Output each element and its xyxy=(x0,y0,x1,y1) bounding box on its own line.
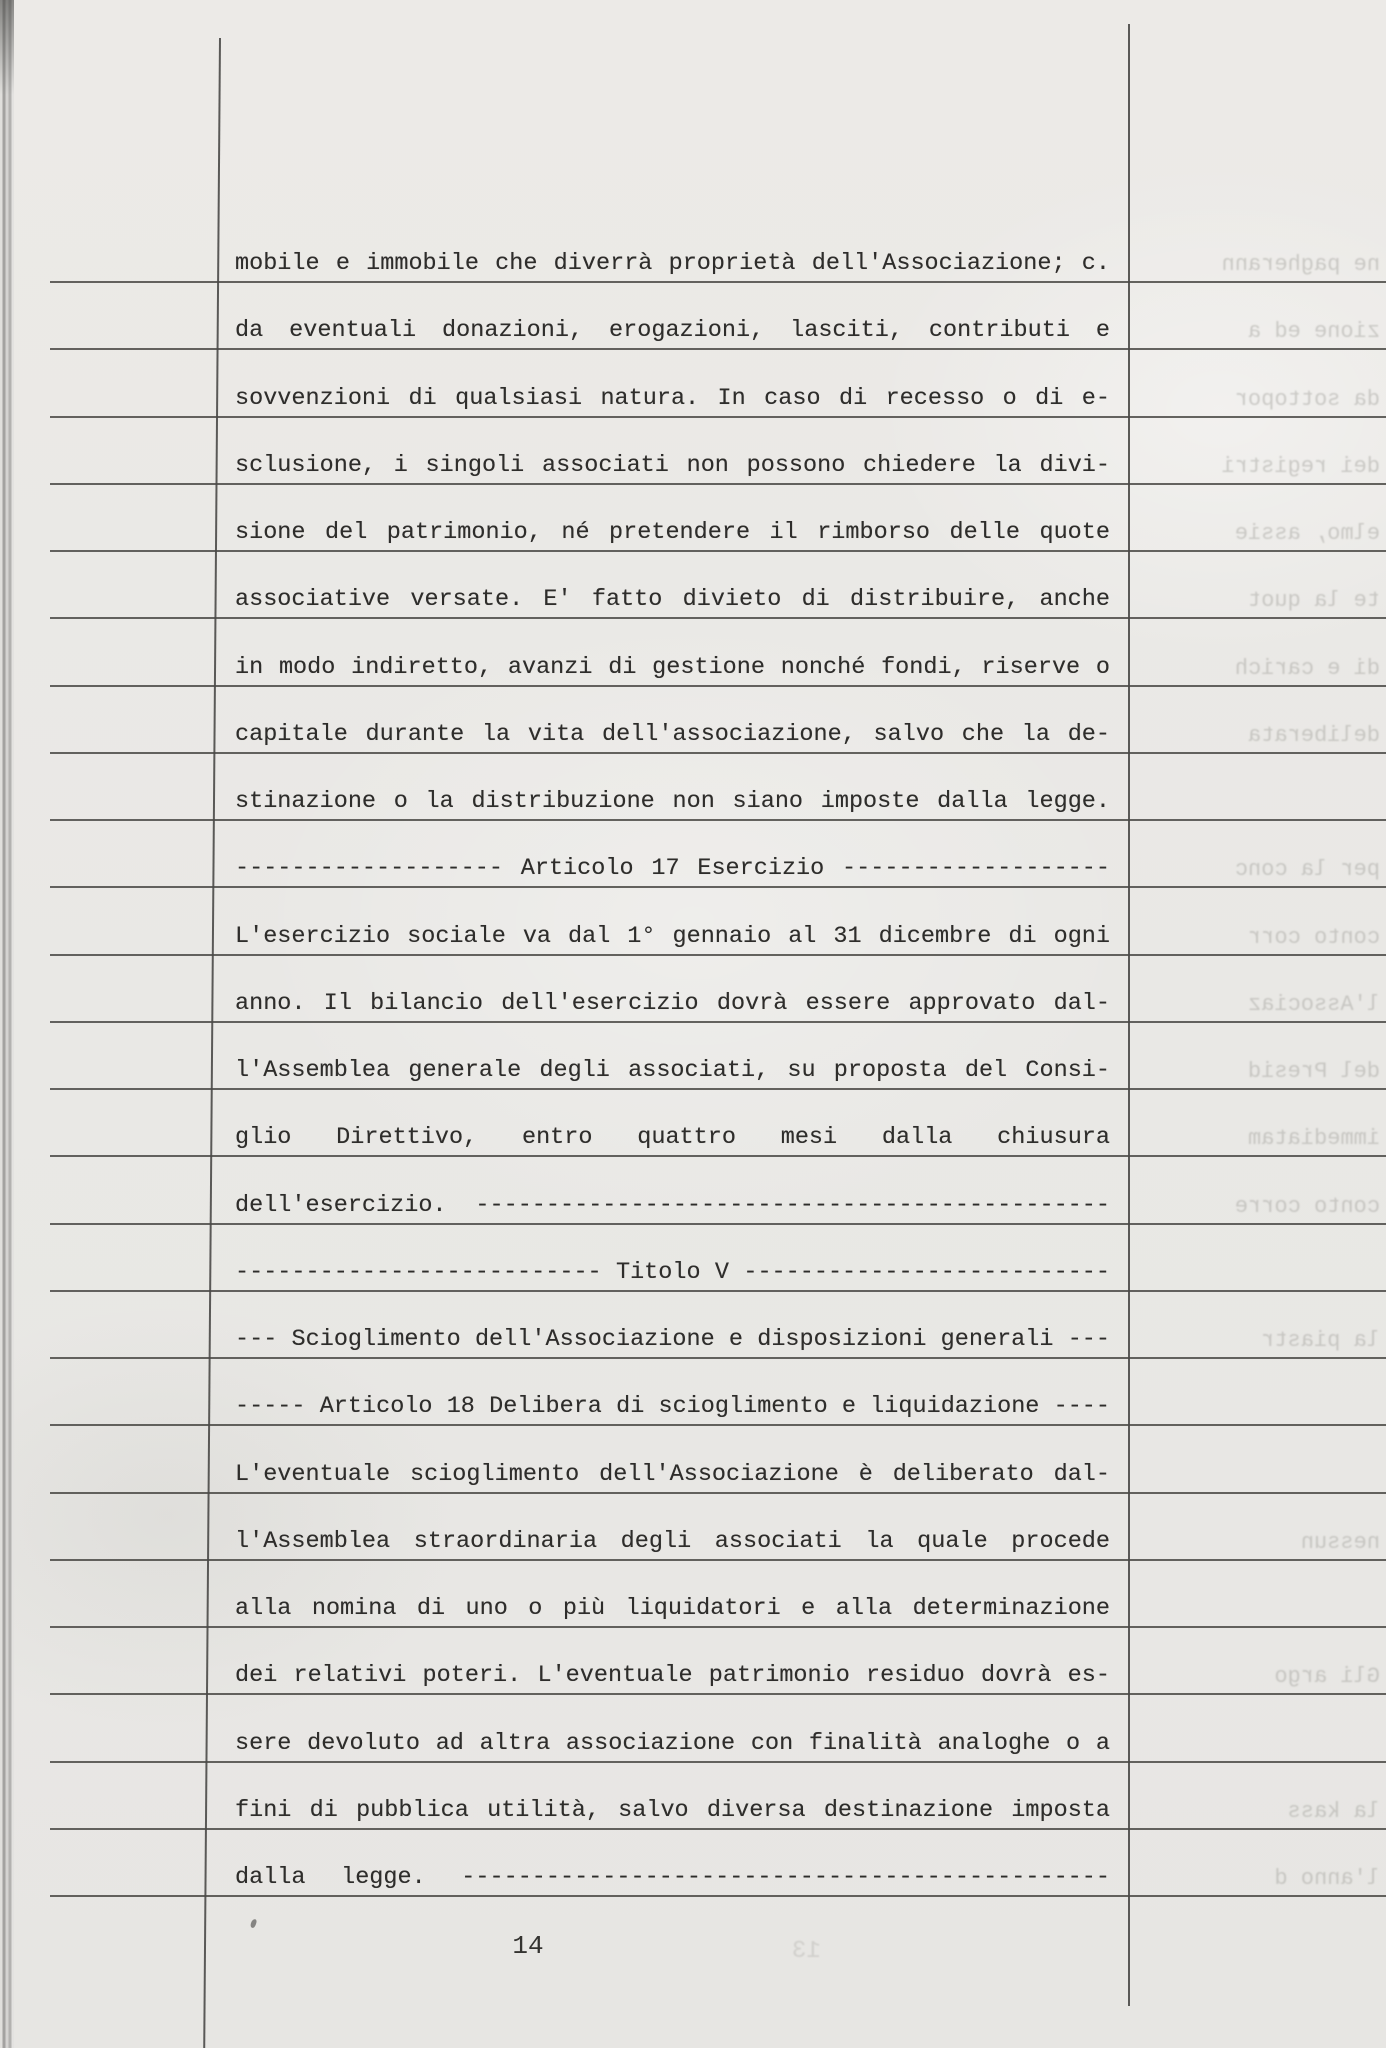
showthrough-text: del Presid xyxy=(1142,1058,1380,1086)
ruled-line xyxy=(50,1290,1386,1292)
showthrough-text: ne pagherann xyxy=(1142,251,1380,279)
ruled-line xyxy=(50,886,1386,888)
text-line: glio Direttivo, entro quattro mesi dalla… xyxy=(235,1123,1110,1153)
showthrough-text: conto corr xyxy=(1142,924,1380,952)
text-line: capitale durante la vita dell'associazio… xyxy=(235,720,1110,750)
ruled-line xyxy=(50,1021,1386,1023)
ruled-line xyxy=(50,550,1386,552)
showthrough-text: dei registri xyxy=(1142,453,1380,481)
text-line: alla nomina di uno o più liquidatori e a… xyxy=(235,1594,1110,1624)
showthrough-text: la piastr xyxy=(1142,1327,1380,1355)
ruled-line xyxy=(50,1761,1386,1763)
text-line: sere devoluto ad altra associazione con … xyxy=(235,1729,1110,1759)
text-line: L'esercizio sociale va dal 1° gennaio al… xyxy=(235,922,1110,952)
text-line: l'Assemblea straordinaria degli associat… xyxy=(235,1527,1110,1557)
text-line: sovvenzioni di qualsiasi natura. In caso… xyxy=(235,384,1110,414)
text-line: in modo indiretto, avanzi di gestione no… xyxy=(235,653,1110,683)
text-line: associative versate. E' fatto divieto di… xyxy=(235,585,1110,615)
showthrough-text: da sottopor xyxy=(1142,386,1380,414)
ruled-line xyxy=(50,1424,1386,1426)
ruled-line xyxy=(50,819,1386,821)
text-line: mobile e immobile che diverrà proprietà … xyxy=(235,249,1110,279)
showthrough-page-number: 13 xyxy=(792,1938,821,1966)
ruled-line xyxy=(50,1828,1386,1830)
text-line: L'eventuale scioglimento dell'Associazio… xyxy=(235,1460,1110,1490)
showthrough-text: te la quot xyxy=(1142,587,1380,615)
showthrough-text: conto corre xyxy=(1142,1193,1380,1221)
ruled-line xyxy=(50,1559,1386,1561)
ruled-line xyxy=(50,685,1386,687)
text-line: l'Assemblea generale degli associati, su… xyxy=(235,1056,1110,1086)
text-line: sione del patrimonio, né pretendere il r… xyxy=(235,518,1110,548)
ruled-line xyxy=(50,348,1386,350)
text-line: stinazione o la distribuzione non siano … xyxy=(235,787,1110,817)
text-line: dei relativi poteri. L'eventuale patrimo… xyxy=(235,1661,1110,1691)
ruled-line xyxy=(50,617,1386,619)
scanned-page: ne pagherannzione ed ada sottopordei reg… xyxy=(0,0,1386,2048)
page-number: 14 xyxy=(498,1930,558,1962)
text-line: anno. Il bilancio dell'esercizio dovrà e… xyxy=(235,989,1110,1019)
showthrough-text: di e carich xyxy=(1142,655,1380,683)
showthrough-text: per la conc xyxy=(1142,856,1380,884)
ruled-line xyxy=(50,1155,1386,1157)
text-line: ------------------- Articolo 17 Esercizi… xyxy=(235,854,1110,884)
showthrough-text: l'anno d xyxy=(1142,1865,1380,1893)
ruled-line xyxy=(50,1693,1386,1695)
ruled-line xyxy=(50,1357,1386,1359)
ruled-line xyxy=(50,1626,1386,1628)
ruled-line xyxy=(50,1223,1386,1225)
text-line: sclusione, i singoli associati non posso… xyxy=(235,451,1110,481)
showthrough-text: immediatam xyxy=(1142,1125,1380,1153)
text-line: ----- Articolo 18 Delibera di scioglimen… xyxy=(235,1392,1110,1422)
showthrough-text: Gli argo xyxy=(1142,1663,1380,1691)
text-line: -------------------------- Titolo V ----… xyxy=(235,1258,1110,1288)
ruled-line xyxy=(50,752,1386,754)
showthrough-text: la kass xyxy=(1142,1798,1380,1826)
ruled-line xyxy=(50,1088,1386,1090)
text-line: fini di pubblica utilità, salvo diversa … xyxy=(235,1796,1110,1826)
ruled-line xyxy=(50,281,1386,283)
showthrough-text: l'Associaz xyxy=(1142,991,1380,1019)
right-margin-rule xyxy=(1128,24,1130,2006)
ruled-line xyxy=(50,1492,1386,1494)
showthrough-text: zione ed a xyxy=(1142,318,1380,346)
left-margin-rule xyxy=(203,38,221,2048)
text-line: dell'esercizio. ------------------------… xyxy=(235,1191,1110,1221)
text-line: --- Scioglimento dell'Associazione e dis… xyxy=(235,1325,1110,1355)
text-line: dalla legge. ---------------------------… xyxy=(235,1863,1110,1893)
ruled-line xyxy=(50,416,1386,418)
showthrough-text: elmo, assie xyxy=(1142,520,1380,548)
ruled-line xyxy=(50,1895,1386,1897)
ruled-line xyxy=(50,954,1386,956)
showthrough-text: nessun xyxy=(1142,1529,1380,1557)
text-line: da eventuali donazioni, erogazioni, lasc… xyxy=(235,316,1110,346)
ruled-line xyxy=(50,483,1386,485)
ink-speck xyxy=(250,1918,258,1928)
binding-edge xyxy=(0,0,14,2048)
showthrough-text: deliberata xyxy=(1142,722,1380,750)
